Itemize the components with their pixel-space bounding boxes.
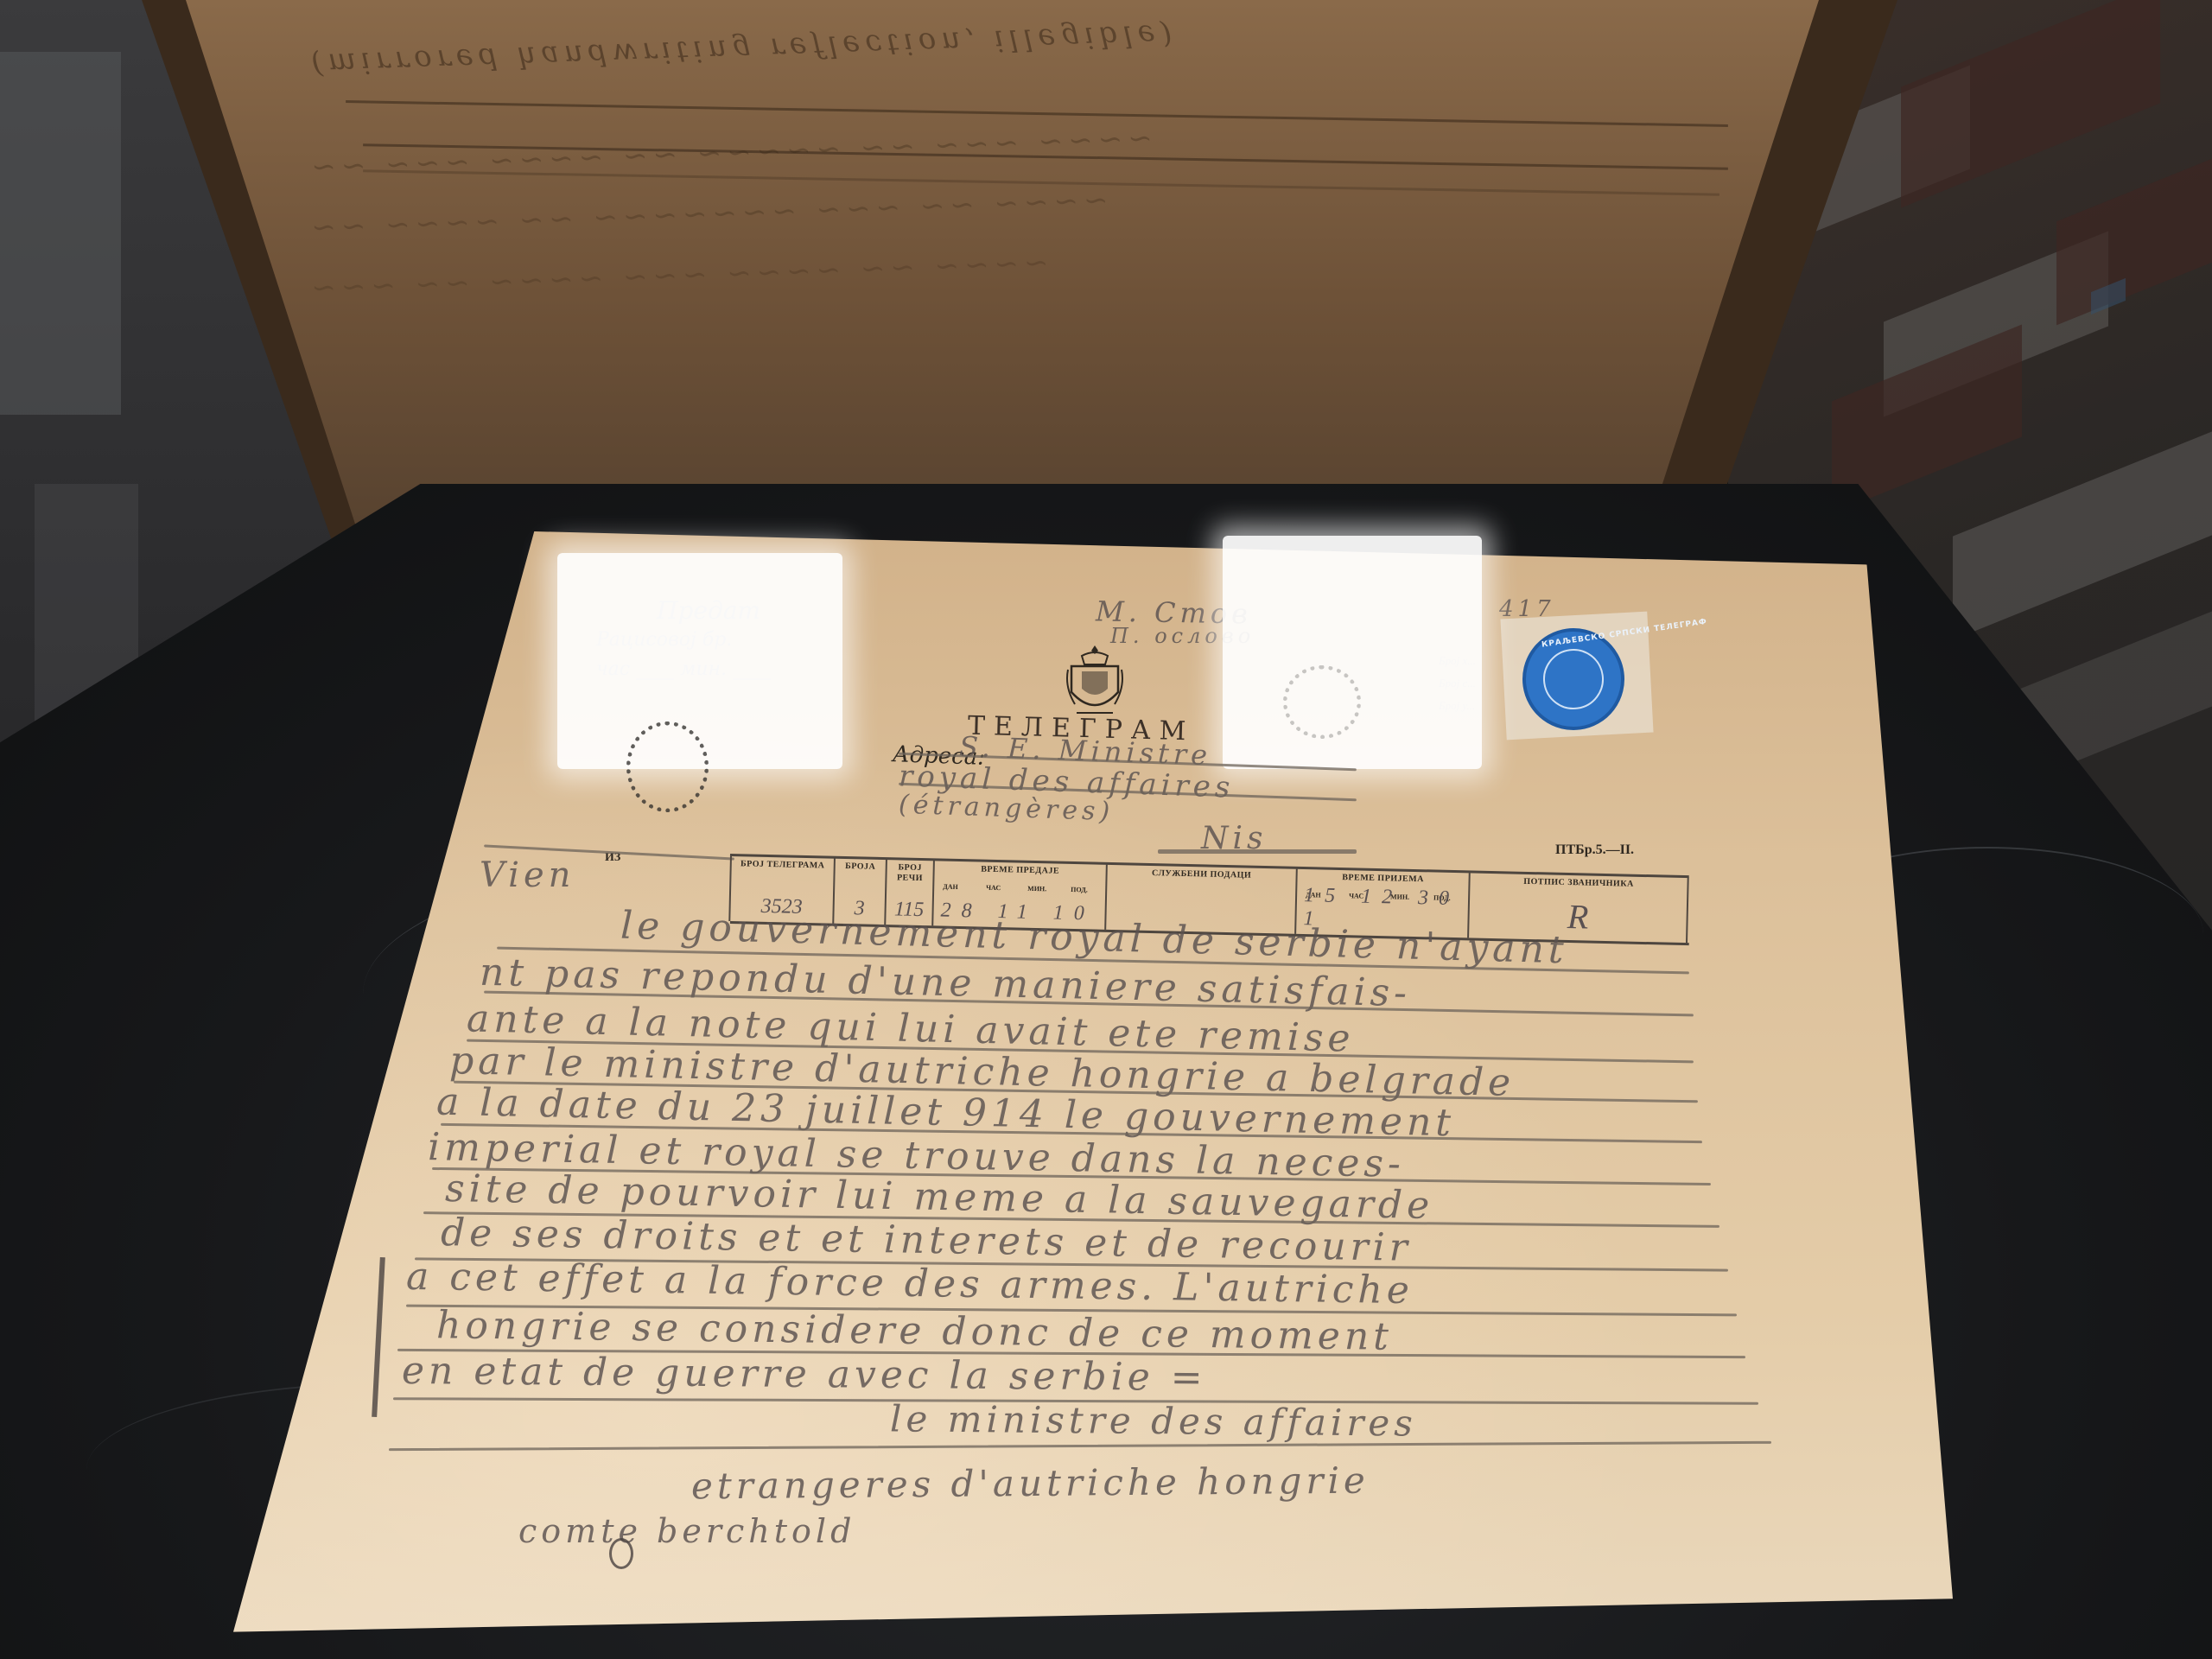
closing-signature: comte berchtold: [518, 1512, 855, 1550]
small-stamp-mark-icon: [609, 1538, 633, 1569]
closing-line-1: le ministre des affaires: [890, 1397, 1417, 1444]
coat-of-arms-icon: [1065, 644, 1125, 721]
closing-line-2: etrangeres d'autriche hongrie: [691, 1459, 1370, 1508]
form-code: ПТБр.5.—II.: [1555, 842, 1634, 858]
origin-value: Vien: [480, 855, 575, 895]
body-line: en etat de guerre avec la serbie =: [402, 1349, 1207, 1400]
postmark-stamp: [626, 721, 709, 812]
